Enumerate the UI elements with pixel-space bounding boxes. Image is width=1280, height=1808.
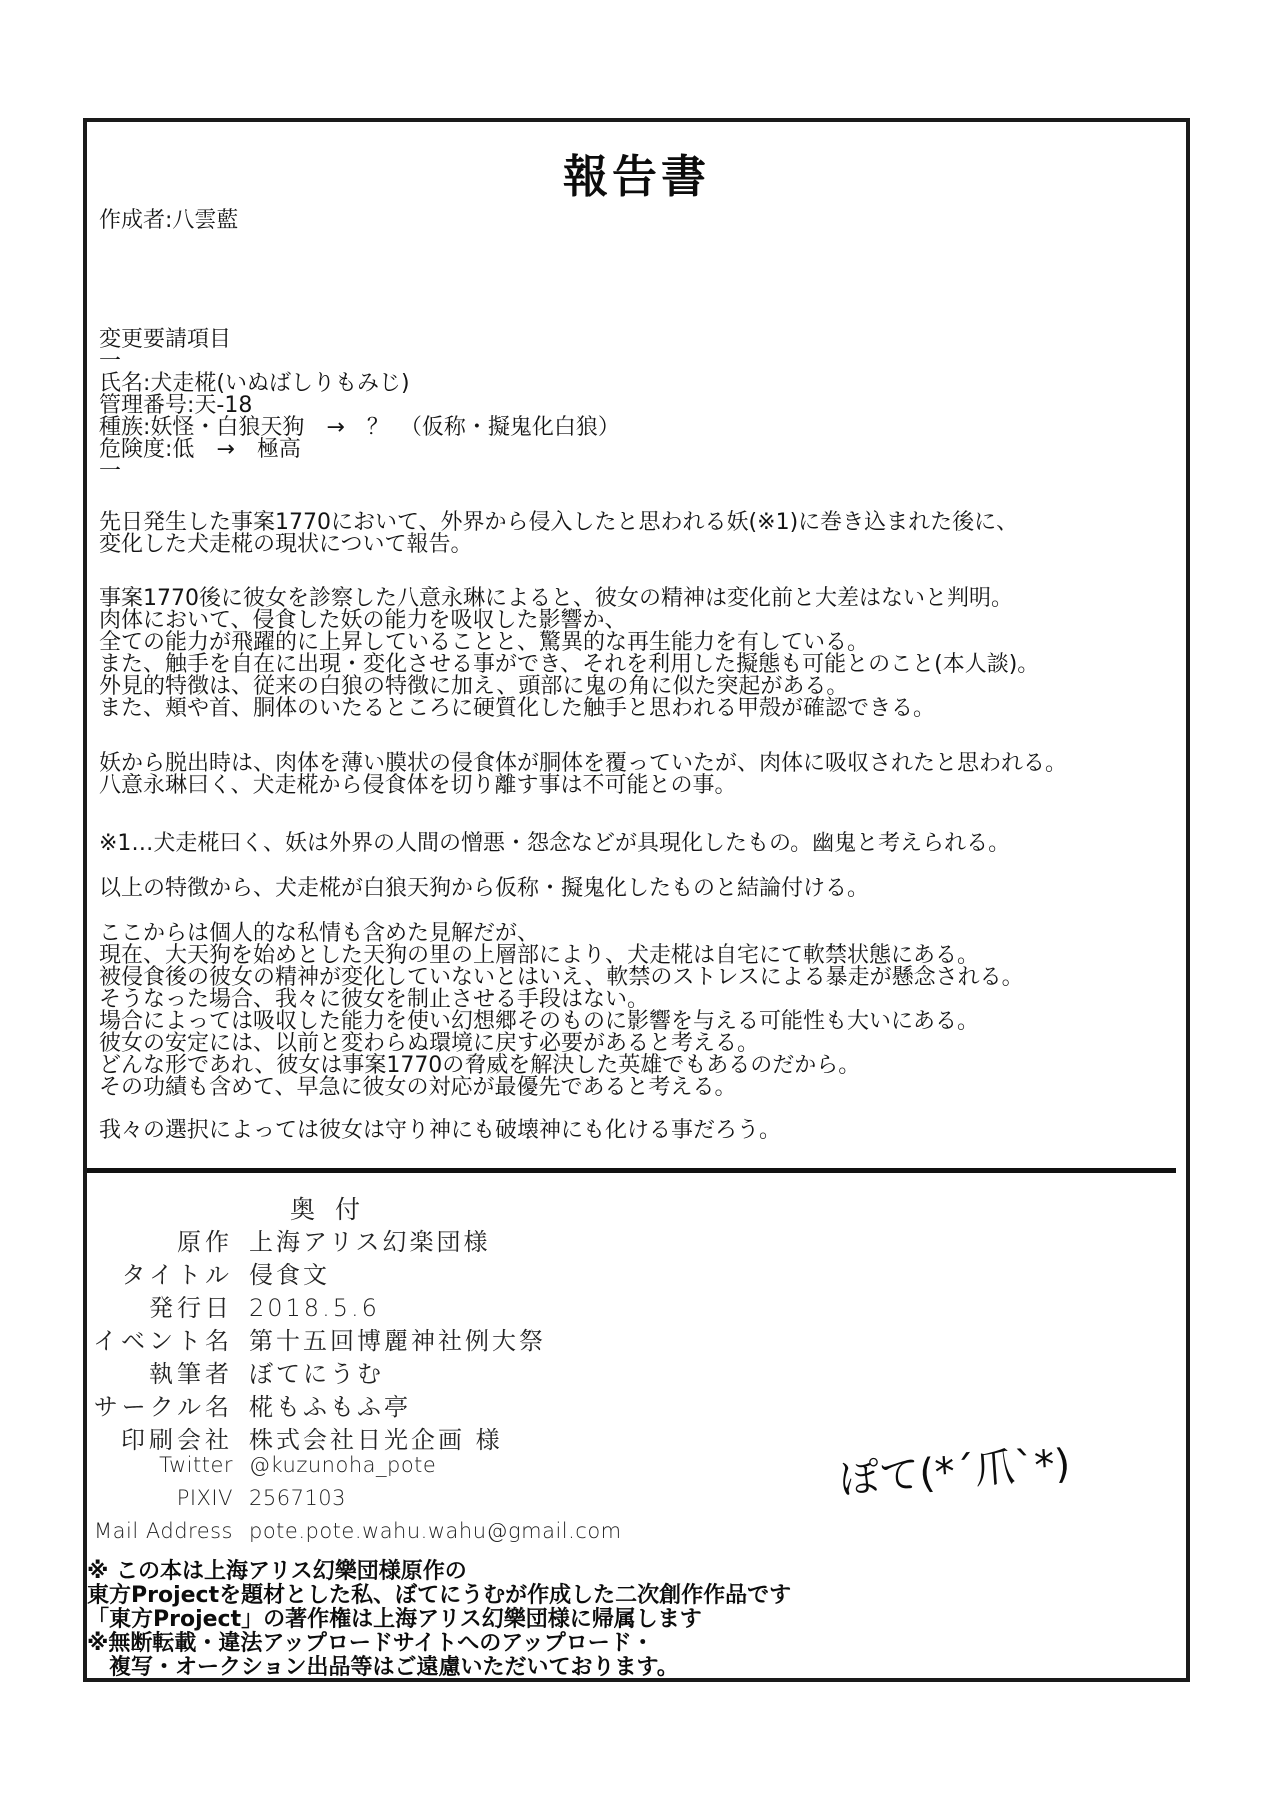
section-divider	[87, 1168, 1176, 1173]
colophon-value: pote.pote.wahu.wahu@gmail.com	[249, 1519, 622, 1543]
report-footnote: ※1…犬走椛曰く、妖は外界の人間の憎悪・怨念などが具現化したもの。幽鬼と考えられ…	[99, 833, 1010, 855]
report-author-line: 作成者:八雲藍	[99, 210, 238, 232]
colophon-value: 第十五回博麗神社例大祭	[249, 1321, 546, 1356]
colophon-label: 発行日	[87, 1288, 233, 1323]
report-paragraph: ここからは個人的な私情も含めた見解だが、 現在、大天狗を始めとした天狗の里の上層…	[99, 923, 1024, 1099]
colophon-value: 侵食文	[249, 1255, 330, 1290]
colophon-row: 発行日 2018.5.6	[87, 1288, 1186, 1321]
colophon-value: 株式会社日光企画 様	[249, 1420, 503, 1455]
report-paragraph: 先日発生した事案1770において、外界から侵入したと思われる妖(※1)に巻き込ま…	[99, 512, 1018, 556]
colophon-label: PIXIV	[87, 1486, 233, 1510]
colophon-label: イベント名	[87, 1321, 233, 1356]
change-request-block: 変更要請項目 一 氏名:犬走椛(いぬばしりもみじ) 管理番号:天-18 種族:妖…	[99, 329, 620, 483]
colophon-value: ぼてにうむ	[249, 1354, 384, 1389]
report-paragraph: 事案1770後に彼女を診察した八意永琳によると、彼女の精神は変化前と大差はないと…	[99, 588, 1039, 720]
colophon-label: サークル名	[87, 1387, 233, 1422]
colophon-row: タイトル 侵食文	[87, 1255, 1186, 1288]
colophon-label: Mail Address	[87, 1519, 233, 1543]
report-paragraph: 妖から脱出時は、肉体を薄い膜状の侵食体が胴体を覆っていたが、肉体に吸収されたと思…	[99, 753, 1067, 797]
report-title: 報告書	[87, 140, 1186, 205]
colophon-label: タイトル	[87, 1255, 233, 1290]
colophon-label: Twitter	[87, 1453, 233, 1477]
colophon-row: 原作 上海アリス幻楽団様	[87, 1222, 1186, 1255]
colophon-value: 椛もふもふ亭	[249, 1387, 411, 1422]
report-paragraph: 以上の特徴から、犬走椛が白狼天狗から仮称・擬鬼化したものと結論付ける。	[99, 878, 869, 900]
colophon-row: 執筆者 ぼてにうむ	[87, 1354, 1186, 1387]
copyright-notice: ※ この本は上海アリス幻樂団様原作の 東方Projectを題材とした私、ぼてにう…	[87, 1560, 791, 1680]
colophon: 原作 上海アリス幻楽団様 タイトル 侵食文 発行日 2018.5.6 イベント名…	[87, 1222, 1186, 1552]
colophon-header: 奥付	[290, 1190, 380, 1226]
colophon-label: 印刷会社	[87, 1420, 233, 1455]
colophon-value: 2018.5.6	[249, 1294, 380, 1322]
colophon-value: 2567103	[249, 1486, 346, 1510]
colophon-row: サークル名 椛もふもふ亭	[87, 1387, 1186, 1420]
colophon-row: イベント名 第十五回博麗神社例大祭	[87, 1321, 1186, 1354]
colophon-row: Mail Address pote.pote.wahu.wahu@gmail.c…	[87, 1519, 1186, 1552]
report-closing-line: 我々の選択によっては彼女は守り神にも破壊神にも化ける事だろう。	[99, 1120, 781, 1142]
report-frame: 報告書 作成者:八雲藍 変更要請項目 一 氏名:犬走椛(いぬばしりもみじ) 管理…	[83, 118, 1190, 1682]
colophon-value: @kuzunoha_pote	[249, 1453, 436, 1477]
colophon-label: 原作	[87, 1222, 233, 1257]
colophon-label: 執筆者	[87, 1354, 233, 1389]
colophon-value: 上海アリス幻楽団様	[249, 1222, 491, 1257]
scanned-page: 報告書 作成者:八雲藍 変更要請項目 一 氏名:犬走椛(いぬばしりもみじ) 管理…	[0, 0, 1280, 1808]
